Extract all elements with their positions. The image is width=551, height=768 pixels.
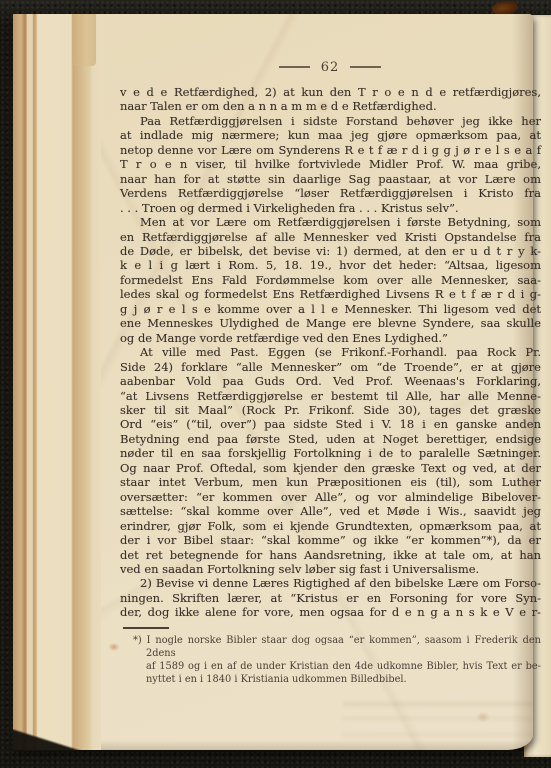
text-line: . . . Troen og dermed i Virkeligheden fr…	[120, 201, 541, 215]
text-line: Side 24) forklare “alle Mennesker” om “d…	[120, 360, 541, 374]
page-edge-tab	[72, 14, 96, 66]
page-edge-strips	[13, 14, 101, 750]
text-line: ledes skal og formedelst Ens Retfærdighe…	[120, 287, 541, 301]
text-line: og de Mange vorde retfærdige ved den Ene…	[120, 331, 541, 345]
text-line: at indlade mig nærmere; kun maa jeg gjør…	[120, 128, 541, 142]
text-line: Og naar Prof. Oftedal, som kjender den g…	[120, 461, 541, 475]
text-line: staar intet Verbum, men kun Præpositione…	[120, 475, 541, 489]
header-dash-left	[279, 66, 310, 68]
text-line: det ret betegnende for hans Aandsretning…	[120, 548, 541, 562]
text-line: Verdens Retfærdiggjørelse “løser Retfærd…	[120, 186, 541, 200]
text-line: sættelse: “skal komme over Alle”, ved et…	[120, 504, 541, 518]
text-line: nyttet i en i 1840 i Kristiania udkommen…	[133, 673, 541, 686]
book-cover: 62 v e d e Retfærdighed, 2) at kun den T…	[0, 0, 551, 768]
footnote-rule	[123, 627, 169, 629]
text-line: v e d e Retfærdighed, 2) at kun den T r …	[120, 85, 541, 99]
text-line: en Retfærdiggjørelse af alle Mennesker v…	[120, 230, 541, 244]
text-line: der, dog ikke alene for vore, men ogsaa …	[120, 605, 541, 619]
text-line: ene Menneskes Ulydighed de Mange ere ble…	[120, 316, 541, 330]
text-line: erindrer, gjør Folk, som ei kjende Grund…	[120, 519, 541, 533]
text-line: naar han for at støtte sin daarlige Sag …	[120, 172, 541, 186]
footnote: *) I nogle norske Bibler staar dog ogsaa…	[133, 634, 541, 686]
text-line: naar Talen er om den a n n a m m e d e R…	[120, 99, 541, 113]
text-line: nøder til en saa forskjellig Fortolkning…	[120, 446, 541, 460]
text-line: 2) Bevise vi denne Læres Rigtighed af de…	[120, 576, 541, 590]
text-line: netop denne vor Lære om Synderens R e t …	[120, 143, 541, 157]
text-line: T r o e n viser, til hvilke fortvivlede …	[120, 157, 541, 171]
text-line: Paa Retfærdiggjørelsen i sidste Forstand…	[120, 114, 541, 128]
text-line: sker til sit Maal” (Rock Pr. Frikonf. Si…	[120, 403, 541, 417]
header-dash-right	[350, 66, 381, 68]
body-text: v e d e Retfærdighed, 2) at kun den T r …	[120, 85, 541, 620]
text-line: g j ø r e l s e komme over a l l e Menne…	[120, 302, 541, 316]
page-number: 62	[321, 60, 340, 75]
text-line: af 1589 og i en af de under Kristian den…	[133, 660, 541, 673]
text-line: ved en saadan Fortolkning selv løber sig…	[120, 562, 541, 576]
text-line: “at Livsens Retfærdiggjørelse er bestemt…	[120, 389, 541, 403]
text-line: de Døde, er bibelsk, det bevise vi: 1) d…	[120, 244, 541, 258]
text-line: aabenbar Vold paa Guds Ord. Ved Prof. We…	[120, 374, 541, 388]
book-page: 62 v e d e Retfærdighed, 2) at kun den T…	[13, 14, 533, 750]
text-line: Ord “eis” (“til, over”) paa sidste Sted …	[120, 417, 541, 431]
text-line: *) I nogle norske Bibler staar dog ogsaa…	[133, 634, 541, 660]
text-line: ningen. Skriften lærer, at “Kristus er e…	[120, 591, 541, 605]
show-through-ghost	[343, 702, 533, 754]
text-line: Men at vor Lære om Retfærdiggjørelsen i …	[120, 215, 541, 229]
text-line: Betydning end paa første Sted, uden at N…	[120, 432, 541, 446]
cover-corner-wedge	[13, 729, 83, 751]
page-header: 62	[120, 58, 540, 76]
text-line: oversætter: “er kommen over Alle”, og vo…	[120, 490, 541, 504]
text-line: formedelst Ens Fald Fordømmelse kom over…	[120, 273, 541, 287]
text-line: der i vor Bibel staar: “skal komme” og i…	[120, 533, 541, 547]
text-line: At ville med Past. Eggen (se Frikonf.-Fo…	[120, 345, 541, 359]
text-line: k e l i g lært i Rom. 5, 18. 19., hvor d…	[120, 258, 541, 272]
